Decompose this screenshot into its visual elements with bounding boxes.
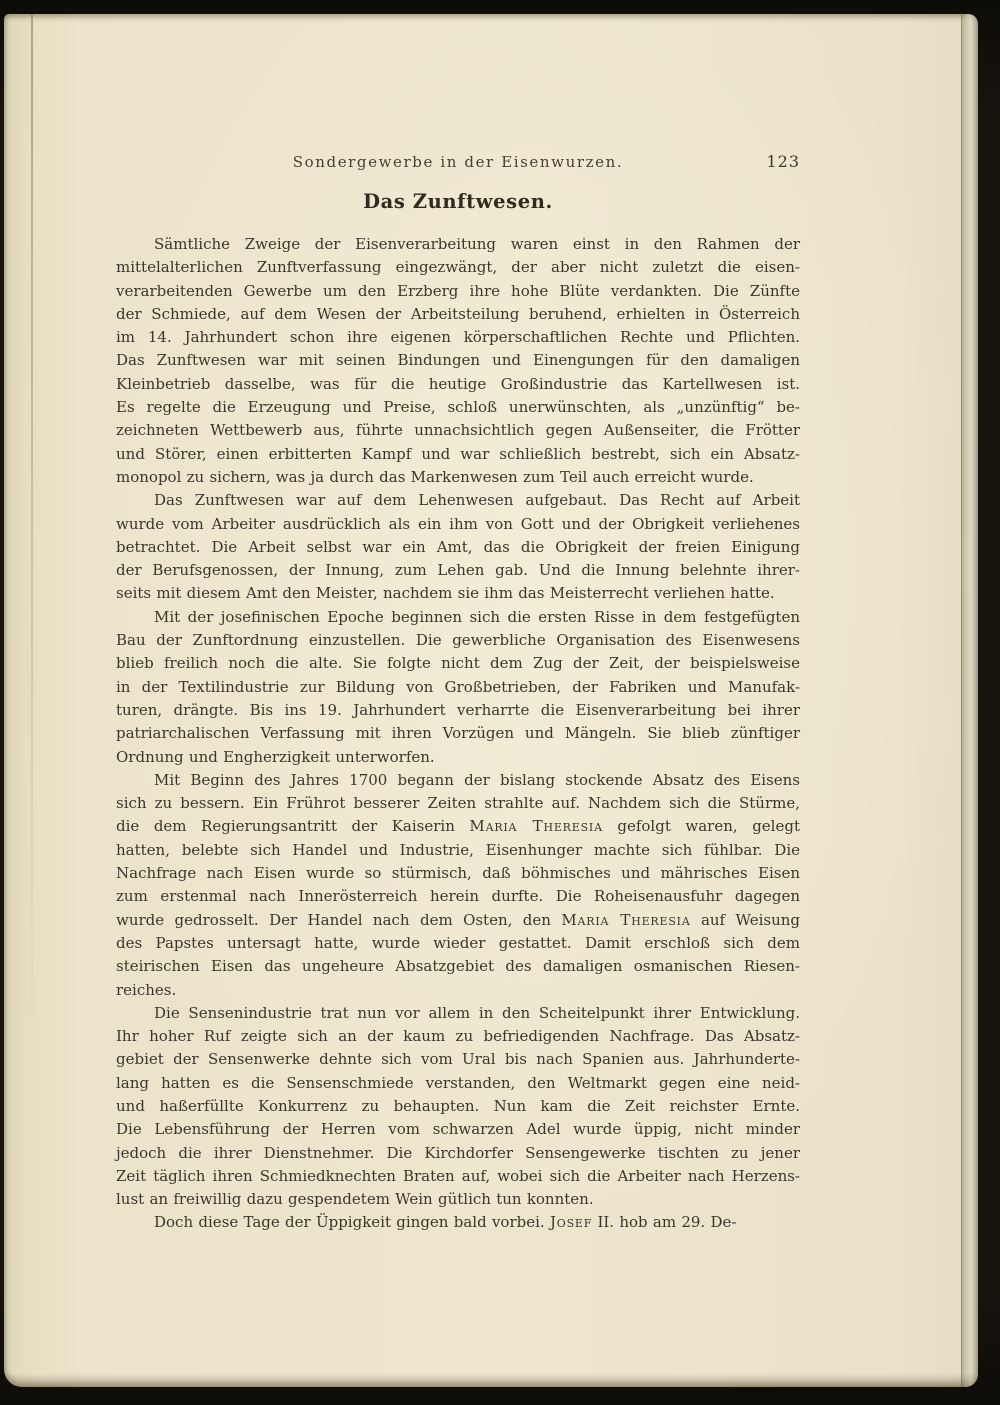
- text-line: seits mit diesem Amt den Meister, nachde…: [116, 582, 800, 605]
- text-line: wurde vom Arbeiter ausdrücklich als ein …: [116, 513, 800, 536]
- text-line: Mit Beginn des Jahres 1700 begann der bi…: [116, 769, 800, 792]
- text-line: sich zu bessern. Ein Frührot besserer Ze…: [116, 792, 800, 815]
- text-line: die dem Regierungsantritt der Kaiserin M…: [116, 815, 800, 838]
- text-line: lang hatten es die Sensenschmiede versta…: [116, 1072, 800, 1095]
- text-line: blieb freilich noch die alte. Sie folgte…: [116, 652, 800, 675]
- text-line: Kleinbetrieb dasselbe, was für die heuti…: [116, 373, 800, 396]
- book-scan: Sondergewerbe in der Eisenwurzen. 123 Da…: [0, 0, 1000, 1405]
- text-line: gebiet der Sensenwerke dehnte sich vom U…: [116, 1048, 800, 1071]
- text-line: und haßerfüllte Konkurrenz zu behaupten.…: [116, 1095, 800, 1118]
- book-page: Sondergewerbe in der Eisenwurzen. 123 Da…: [4, 14, 978, 1387]
- text-line: im 14. Jahrhundert schon ihre eigenen kö…: [116, 326, 800, 349]
- text-line: monopol zu sichern, was ja durch das Mar…: [116, 466, 800, 489]
- paragraph: Sämtliche Zweige der Eisenverarbeitung w…: [116, 233, 800, 489]
- text-line: Zeit täglich ihren Schmiedknechten Brate…: [116, 1165, 800, 1188]
- text-line: Die Lebensführung der Herren vom schwarz…: [116, 1118, 800, 1141]
- text-line: hatten, belebte sich Handel und Industri…: [116, 839, 800, 862]
- text-line: verarbeitenden Gewerbe um den Erzberg ih…: [116, 280, 800, 303]
- text-line: der Berufsgenossen, der Innung, zum Lehe…: [116, 559, 800, 582]
- text-line: und Störer, einen erbitterten Kampf und …: [116, 443, 800, 466]
- paragraph: Doch diese Tage der Üppigkeit gingen bal…: [116, 1211, 800, 1234]
- paragraph: Mit Beginn des Jahres 1700 begann der bi…: [116, 769, 800, 1002]
- text-line: turen, drängte. Bis ins 19. Jahrhundert …: [116, 699, 800, 722]
- text-line: Bau der Zunftordnung einzustellen. Die g…: [116, 629, 800, 652]
- text-line: mittelalterlichen Zunftverfassung eingez…: [116, 256, 800, 279]
- page-content: Sondergewerbe in der Eisenwurzen. 123 Da…: [4, 14, 978, 1387]
- text-line: patriarchalischen Verfassung mit ihren V…: [116, 722, 800, 745]
- text-line: zeichneten Wettbewerb aus, führte unnach…: [116, 419, 800, 442]
- text-line: Sämtliche Zweige der Eisenverarbeitung w…: [116, 233, 800, 256]
- text-line: wurde gedrosselt. Der Handel nach dem Os…: [116, 909, 800, 932]
- text-line: Das Zunftwesen war auf dem Lehenwesen au…: [116, 489, 800, 512]
- text-line: Es regelte die Erzeugung und Preise, sch…: [116, 396, 800, 419]
- text-line: reiches.: [116, 979, 800, 1002]
- text-line: Ordnung und Engherzigkeit unterworfen.: [116, 746, 800, 769]
- paragraph: Das Zunftwesen war auf dem Lehenwesen au…: [116, 489, 800, 605]
- body-text: Sämtliche Zweige der Eisenverarbeitung w…: [116, 233, 800, 1235]
- text-line: Ihr hoher Ruf zeigte sich an der kaum zu…: [116, 1025, 800, 1048]
- text-line: lust an freiwillig dazu gespendetem Wein…: [116, 1188, 800, 1211]
- paragraph: Die Sensenindustrie trat nun vor allem i…: [116, 1002, 800, 1212]
- text-line: Doch diese Tage der Üppigkeit gingen bal…: [116, 1211, 800, 1234]
- paragraph: Mit der josefinischen Epoche beginnen si…: [116, 606, 800, 769]
- text-line: Nachfrage nach Eisen wurde so stürmisch,…: [116, 862, 800, 885]
- text-line: zum erstenmal nach Innerösterreich herei…: [116, 885, 800, 908]
- page-number: 123: [766, 152, 800, 171]
- text-line: Das Zunftwesen war mit seinen Bindungen …: [116, 349, 800, 372]
- text-line: des Papstes untersagt hatte, wurde wiede…: [116, 932, 800, 955]
- text-line: Die Sensenindustrie trat nun vor allem i…: [116, 1002, 800, 1025]
- text-line: steirischen Eisen das ungeheure Absatzge…: [116, 955, 800, 978]
- section-title: Das Zunftwesen.: [116, 190, 800, 218]
- text-line: betrachtet. Die Arbeit selbst war ein Am…: [116, 536, 800, 559]
- running-head: Sondergewerbe in der Eisenwurzen.: [293, 153, 624, 171]
- text-line: jedoch die ihrer Dienstnehmer. Die Kirch…: [116, 1142, 800, 1165]
- text-line: der Schmiede, auf dem Wesen der Arbeitst…: [116, 303, 800, 326]
- page-header: Sondergewerbe in der Eisenwurzen. 123: [116, 152, 800, 174]
- text-line: Mit der josefinischen Epoche beginnen si…: [116, 606, 800, 629]
- text-line: in der Textilindustrie zur Bildung von G…: [116, 676, 800, 699]
